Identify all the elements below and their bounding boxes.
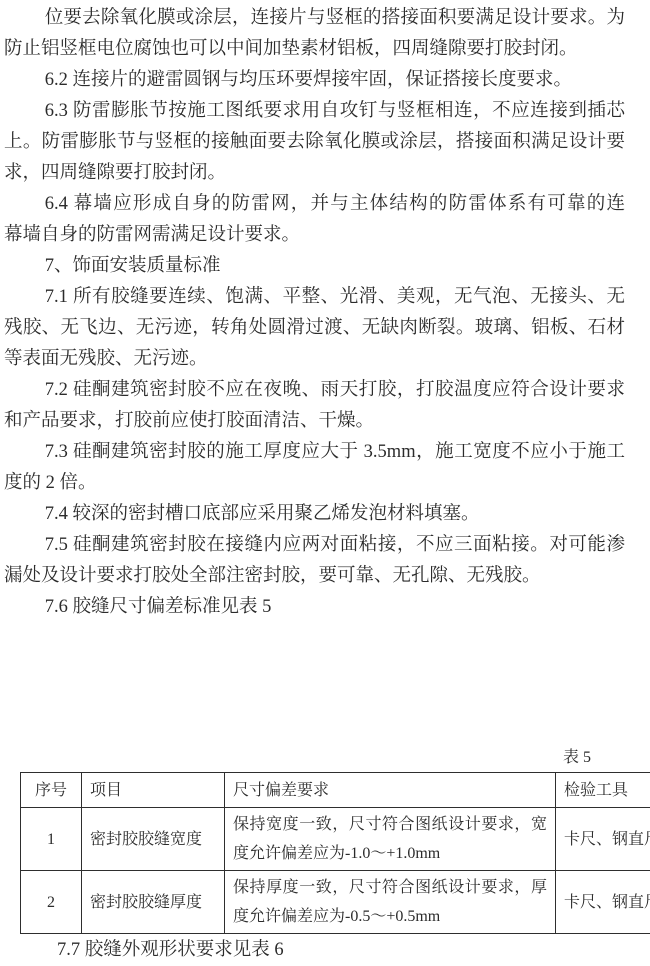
- text-line: 漏处及设计要求打胶处全部注密封胶，要可靠、无孔隙、无残胶。: [4, 561, 625, 592]
- text-line: 6.3 防雷膨胀节按施工图纸要求用自攻钉与竖框相连，不应连接到插芯: [4, 96, 625, 127]
- cell-row-number: 2: [21, 871, 82, 934]
- text-line: 和产品要求，打胶前应使打胶面清洁、干燥。: [4, 406, 625, 437]
- body-text: 位要去除氧化膜或涂层，连接片与竖框的搭接面积要满足设计要求。为 防止铝竖框电位腐…: [4, 3, 625, 623]
- table5: 序号 项目 尺寸偏差要求 检验工具 1 密封胶胶缝宽度 保持宽度一致，尺寸符合图…: [20, 772, 650, 934]
- cell-requirement: 保持宽度一致，尺寸符合图纸设计要求，宽度允许偏差应为-1.0～+1.0mm: [225, 808, 556, 871]
- table5-caption: 表 5: [563, 749, 591, 767]
- table5-header-requirement: 尺寸偏差要求: [225, 773, 556, 808]
- text-line: 6.2 连接片的避雷圆钢与均压环要焊接牢固，保证搭接长度要求。: [4, 65, 625, 96]
- text-line: 7.4 较深的密封槽口底部应采用聚乙烯发泡材料填塞。: [4, 499, 625, 530]
- text-line: 等表面无残胶、无污迹。: [4, 344, 625, 375]
- text-line: 7.1 所有胶缝要连续、饱满、平整、光滑、美观，无气泡、无接头、无: [4, 282, 625, 313]
- text-line: 7.6 胶缝尺寸偏差标准见表 5: [4, 592, 625, 623]
- text-line: 7.5 硅酮建筑密封胶在接缝内应两对面粘接，不应三面粘接。对可能渗: [4, 530, 625, 561]
- cell-row-number: 1: [21, 808, 82, 871]
- table5-header-item: 项目: [82, 773, 225, 808]
- table5-header-row: 序号 项目 尺寸偏差要求 检验工具: [21, 773, 650, 808]
- text-line: 防止铝竖框电位腐蚀也可以中间加垫素材铝板，四周缝隙要打胶封闭。: [4, 34, 625, 65]
- text-line: 求，四周缝隙要打胶封闭。: [4, 158, 625, 189]
- table5-header-no: 序号: [21, 773, 82, 808]
- cell-requirement: 保持厚度一致，尺寸符合图纸设计要求，厚度允许偏差应为-0.5～+0.5mm: [225, 871, 556, 934]
- cell-item: 密封胶胶缝厚度: [82, 871, 225, 934]
- table-row: 1 密封胶胶缝宽度 保持宽度一致，尺寸符合图纸设计要求，宽度允许偏差应为-1.0…: [21, 808, 650, 871]
- table5-header-tool: 检验工具: [556, 773, 650, 808]
- cell-tool: 卡尺、钢直尺: [556, 808, 650, 871]
- text-line: 残胶、无飞边、无污迹，转角处圆滑过渡、无缺肉断裂。玻璃、铝板、石材: [4, 313, 625, 344]
- text-line: 6.4 幕墙应形成自身的防雷网，并与主体结构的防雷体系有可靠的连续，: [4, 189, 625, 220]
- document-page: 位要去除氧化膜或涂层，连接片与竖框的搭接面积要满足设计要求。为 防止铝竖框电位腐…: [0, 0, 650, 966]
- text-line: 7.2 硅酮建筑密封胶不应在夜晚、雨天打胶，打胶温度应符合设计要求: [4, 375, 625, 406]
- section-heading: 7、饰面安装质量标准: [4, 251, 625, 282]
- text-line: 位要去除氧化膜或涂层，连接片与竖框的搭接面积要满足设计要求。为: [4, 3, 625, 34]
- text-line: 7.7 胶缝外观形状要求见表 6: [4, 936, 625, 964]
- cell-item: 密封胶胶缝宽度: [82, 808, 225, 871]
- cell-tool: 卡尺、钢直尺: [556, 871, 650, 934]
- text-line: 幕墙自身的防雷网需满足设计要求。: [4, 220, 625, 251]
- text-line: 7.3 硅酮建筑密封胶的施工厚度应大于 3.5mm，施工宽度不应小于施工厚: [4, 437, 625, 468]
- table-row: 2 密封胶胶缝厚度 保持厚度一致，尺寸符合图纸设计要求，厚度允许偏差应为-0.5…: [21, 871, 650, 934]
- text-line: 度的 2 倍。: [4, 468, 625, 499]
- text-line: 上。防雷膨胀节与竖框的接触面要去除氧化膜或涂层，搭接面积满足设计要: [4, 127, 625, 158]
